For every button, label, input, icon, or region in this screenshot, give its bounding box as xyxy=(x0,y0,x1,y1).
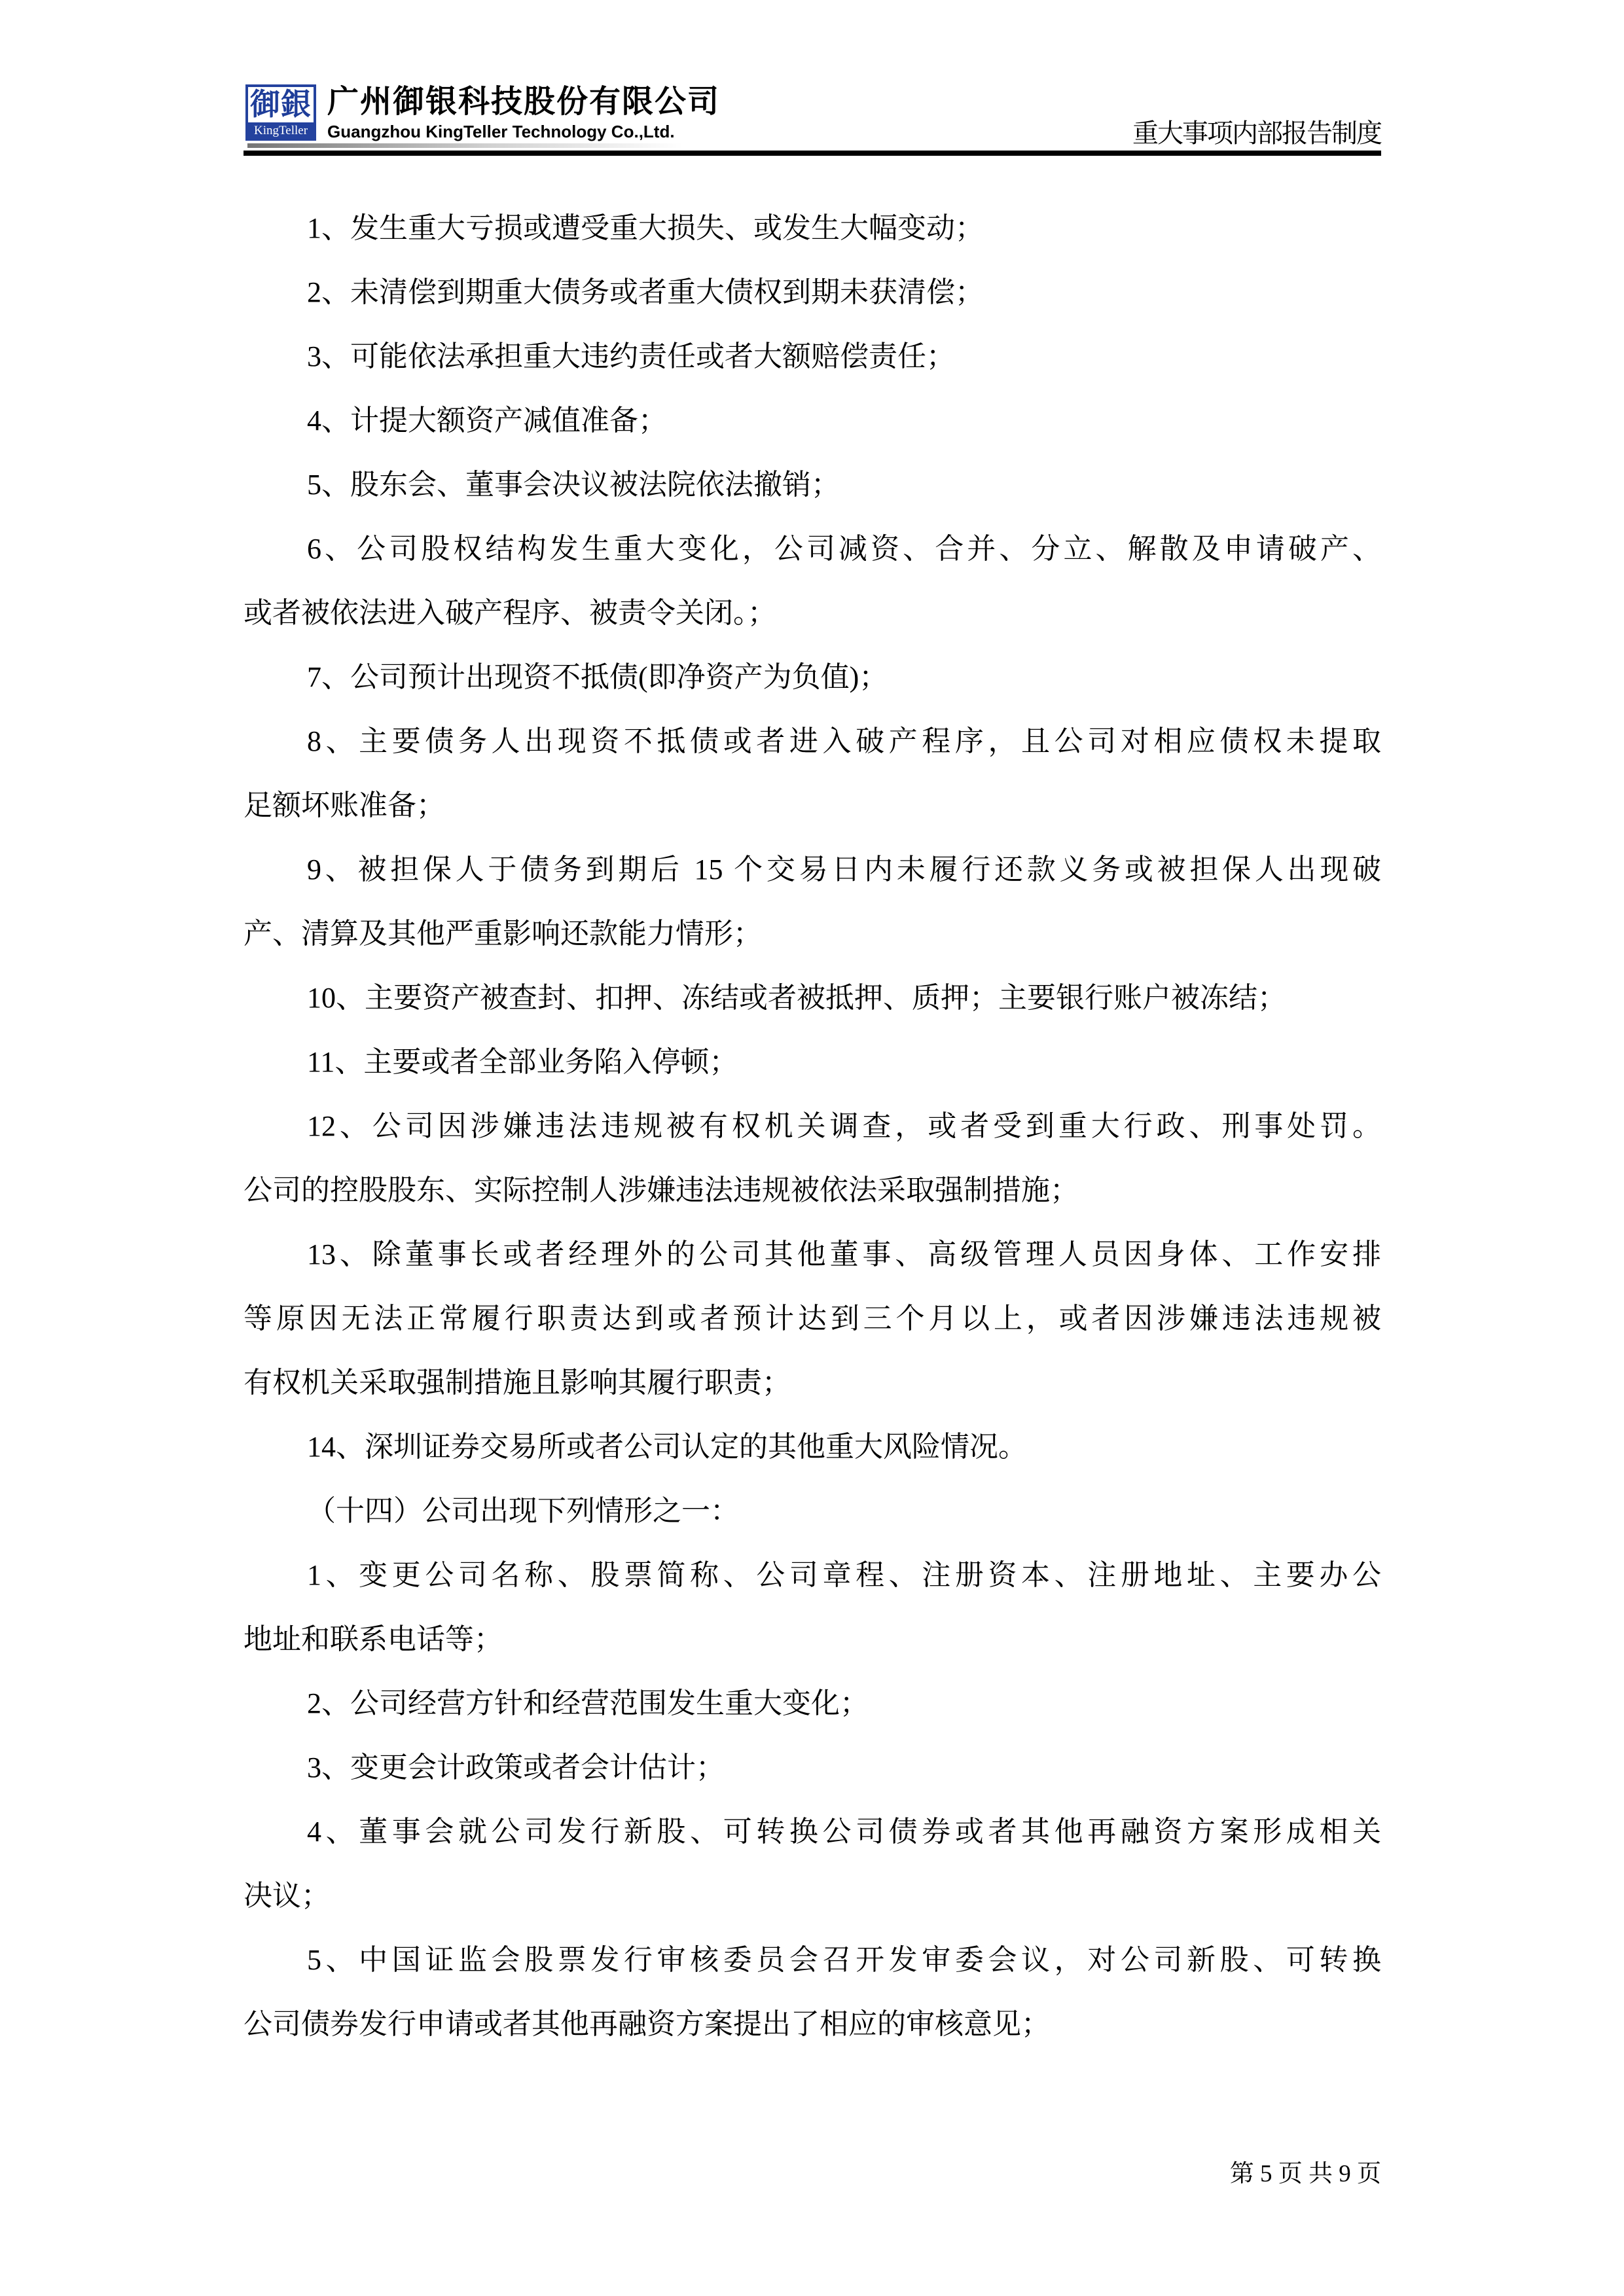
body-line: 决议； xyxy=(244,1864,1381,1928)
document-body: 1、发生重大亏损或遭受重大损失、或发生大幅变动；2、未清偿到期重大债务或者重大债… xyxy=(244,196,1381,2056)
body-line: 有权机关采取强制措施且影响其履行职责； xyxy=(244,1351,1381,1415)
body-line: 13、除董事长或者经理外的公司其他董事、高级管理人员因身体、工作安排 xyxy=(244,1223,1381,1287)
body-line: 11、主要或者全部业务陷入停顿； xyxy=(244,1030,1381,1094)
body-line: 7、公司预计出现资不抵债(即净资产为负值)； xyxy=(244,645,1381,709)
company-logo: 御銀 KingTeller xyxy=(245,84,316,141)
body-line: 12、公司因涉嫌违法违规被有权机关调查，或者受到重大行政、刑事处罚。 xyxy=(244,1094,1381,1158)
body-line: 地址和联系电话等； xyxy=(244,1607,1381,1672)
body-line: 产、清算及其他严重影响还款能力情形； xyxy=(244,902,1381,966)
page-number: 第 5 页 共 9 页 xyxy=(1230,2161,1381,2187)
body-line: 5、中国证监会股票发行审核委员会召开发审委会议，对公司新股、可转换 xyxy=(244,1928,1381,1992)
body-line: 2、公司经营方针和经营范围发生重大变化； xyxy=(244,1672,1381,1736)
header-rule xyxy=(244,151,1381,156)
body-line: 5、股东会、董事会决议被法院依法撤销； xyxy=(244,453,1381,517)
body-line: 1、变更公司名称、股票简称、公司章程、注册资本、注册地址、主要办公 xyxy=(244,1543,1381,1607)
body-line: 14、深圳证券交易所或者公司认定的其他重大风险情况。 xyxy=(244,1415,1381,1479)
body-line: 4、计提大额资产减值准备； xyxy=(244,389,1381,453)
header-shadow-line xyxy=(247,143,683,148)
body-line: 足额坏账准备； xyxy=(244,774,1381,838)
body-line: 9、被担保人于债务到期后 15 个交易日内未履行还款义务或被担保人出现破 xyxy=(244,838,1381,902)
body-line: 1、发生重大亏损或遭受重大损失、或发生大幅变动； xyxy=(244,196,1381,260)
body-line: 10、主要资产被查封、扣押、冻结或者被抵押、质押；主要银行账户被冻结； xyxy=(244,966,1381,1030)
body-line: 6、公司股权结构发生重大变化，公司减资、合并、分立、解散及申请破产、 xyxy=(244,517,1381,581)
body-line: 3、变更会计政策或者会计估计； xyxy=(244,1736,1381,1800)
body-line: 或者被依法进入破产程序、被责令关闭。； xyxy=(244,581,1381,645)
body-line: 3、可能依法承担重大违约责任或者大额赔偿责任； xyxy=(244,325,1381,389)
body-line: 公司债券发行申请或者其他再融资方案提出了相应的审核意见； xyxy=(244,1992,1381,2056)
logo-cn-text: 御銀 xyxy=(248,87,314,122)
logo-en-band: KingTeller xyxy=(248,122,314,138)
page-footer: 第 5 页 共 9 页 xyxy=(244,2129,1381,2219)
body-line: 2、未清偿到期重大债务或者重大债权到期未获清偿； xyxy=(244,260,1381,325)
body-line: 8、主要债务人出现资不抵债或者进入破产程序，且公司对相应债权未提取 xyxy=(244,709,1381,774)
company-name-en: Guangzhou KingTeller Technology Co.,Ltd. xyxy=(327,122,675,141)
body-line: （十四）公司出现下列情形之一： xyxy=(244,1479,1381,1543)
document-title: 重大事项内部报告制度 xyxy=(1132,119,1381,148)
body-line: 4、董事会就公司发行新股、可转换公司债券或者其他再融资方案形成相关 xyxy=(244,1800,1381,1864)
body-line: 公司的控股股东、实际控制人涉嫌违法违规被依法采取强制措施； xyxy=(244,1158,1381,1223)
company-name-cn: 广州御银科技股份有限公司 xyxy=(327,84,720,120)
body-line: 等原因无法正常履行职责达到或者预计达到三个月以上，或者因涉嫌违法违规被 xyxy=(244,1287,1381,1351)
document-page: 御銀 KingTeller 广州御银科技股份有限公司 Guangzhou Kin… xyxy=(0,0,1624,2296)
